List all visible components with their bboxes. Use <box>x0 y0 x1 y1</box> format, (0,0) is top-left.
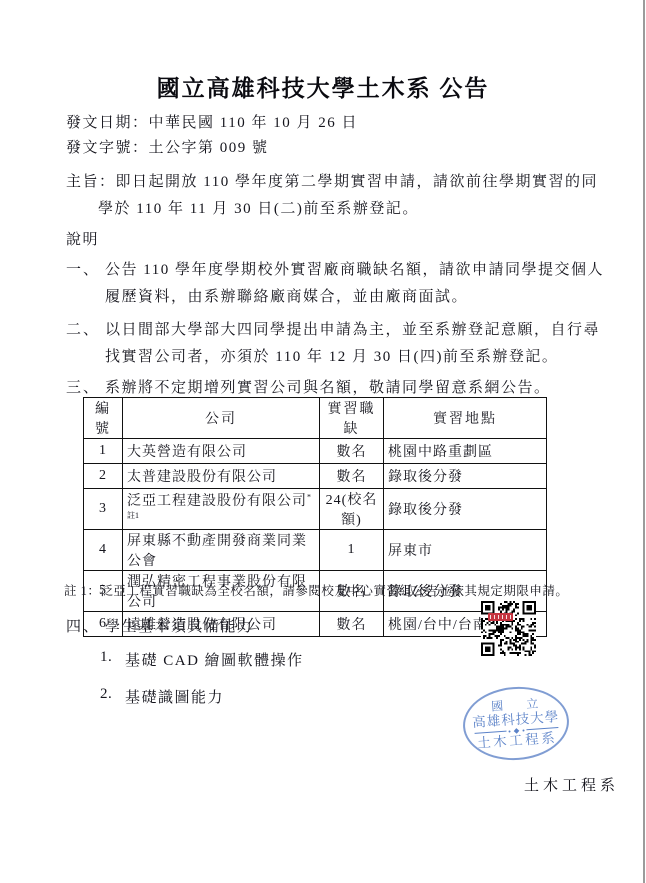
header-vacancy: 實習職缺 <box>320 398 384 439</box>
table-row: 1 大英營造有限公司 數名 桃園中路重劃區 <box>84 439 547 464</box>
document-page: 國立高雄科技大學土木系 公告 發文日期：中華民國 110 年 10 月 26 日… <box>0 0 646 883</box>
qr-pattern <box>481 600 536 657</box>
section-4-heading: 學生基本須具備能力 <box>105 615 254 636</box>
internship-table: 編號 公司 實習職缺 實習地點 1 大英營造有限公司 數名 桃園中路重劃區 2 … <box>83 397 547 637</box>
skill-1-number: 1. <box>100 649 112 666</box>
skill-2-text: 基礎識圖能力 <box>125 686 224 707</box>
qr-code <box>481 600 536 657</box>
explanation-heading: 說明 <box>66 228 99 249</box>
table-row: 3 泛亞工程建設股份有限公司*註1 24(校名額) 錄取後分發 <box>84 489 547 530</box>
company-name: 太普建設股份有限公司 <box>127 470 277 485</box>
row-location: 錄取後分發 <box>384 489 547 530</box>
row-company: 大英營造有限公司 <box>123 439 320 464</box>
company-name: 大英營造有限公司 <box>127 445 247 460</box>
section-4-number: 四、 <box>66 615 100 636</box>
row-company: 屏東縣不動產開發商業同業公會 <box>123 530 320 571</box>
row-no: 4 <box>84 530 123 571</box>
row-vacancy: 數名 <box>320 612 384 637</box>
item-1-line-1: 公告 110 學年度學期校外實習廠商職缺名額，請欲申請同學提交個人 <box>105 258 604 279</box>
issue-number-line: 發文字號：土公字第 009 號 <box>66 136 269 157</box>
row-no: 2 <box>84 464 123 489</box>
row-company: 太普建設股份有限公司 <box>123 464 320 489</box>
item-2-number: 二、 <box>66 318 100 339</box>
skill-2-number: 2. <box>100 686 112 703</box>
table-footnote: 註 1：泛亞工程實習職缺為全校名額，請參閱校友中心實習組公告並依其規定期限申請。 <box>64 581 568 599</box>
department-stamp: 國 立 高雄科技大學 土木工程系 <box>461 683 572 763</box>
row-location: 屏東市 <box>384 530 547 571</box>
header-location: 實習地點 <box>384 398 547 439</box>
row-location: 桃園中路重劃區 <box>384 439 547 464</box>
row-no: 3 <box>84 489 123 530</box>
row-vacancy: 數名 <box>320 439 384 464</box>
item-3-number: 三、 <box>66 376 100 397</box>
item-1-line-2: 履歷資料，由系辦聯絡廠商媒合，並由廠商面試。 <box>105 285 468 306</box>
item-3-line-1: 系辦將不定期增列實習公司與名額，敬請同學留意系網公告。 <box>105 376 551 397</box>
qr-red-badge <box>488 613 513 621</box>
subject-line-1: 主旨：即日起開放 110 學年度第二學期實習申請，請欲前往學期實習的同 <box>66 170 598 191</box>
item-2-line-2: 找實習公司者，亦須於 110 年 12 月 30 日(四)前至系辦登記。 <box>105 345 558 366</box>
item-1-number: 一、 <box>66 258 100 279</box>
issue-date-line: 發文日期：中華民國 110 年 10 月 26 日 <box>66 111 358 132</box>
table-row: 2 太普建設股份有限公司 數名 錄取後分發 <box>84 464 547 489</box>
company-name: 屏東縣不動產開發商業同業公會 <box>127 534 307 569</box>
header-no: 編號 <box>84 398 123 439</box>
page-right-edge <box>643 0 645 883</box>
item-2-line-1: 以日間部大學部大四同學提出申請為主，並至系辦登記意願，自行尋 <box>105 318 600 339</box>
table-row: 4 屏東縣不動產開發商業同業公會 1 屏東市 <box>84 530 547 571</box>
table-header-row: 編號 公司 實習職缺 實習地點 <box>84 398 547 439</box>
department-signature: 土木工程系 <box>524 774 619 795</box>
row-vacancy: 24(校名額) <box>320 489 384 530</box>
row-vacancy: 數名 <box>320 464 384 489</box>
company-name: 泛亞工程建設股份有限公司 <box>127 494 307 509</box>
skill-1-text: 基礎 CAD 繪圖軟體操作 <box>125 649 304 670</box>
subject-line-2: 學於 110 年 11 月 30 日(二)前至系辦登記。 <box>98 197 419 218</box>
row-company: 泛亞工程建設股份有限公司*註1 <box>123 489 320 530</box>
page-title: 國立高雄科技大學土木系 公告 <box>0 70 646 103</box>
row-no: 1 <box>84 439 123 464</box>
row-location: 錄取後分發 <box>384 464 547 489</box>
row-vacancy: 1 <box>320 530 384 571</box>
header-company: 公司 <box>123 398 320 439</box>
